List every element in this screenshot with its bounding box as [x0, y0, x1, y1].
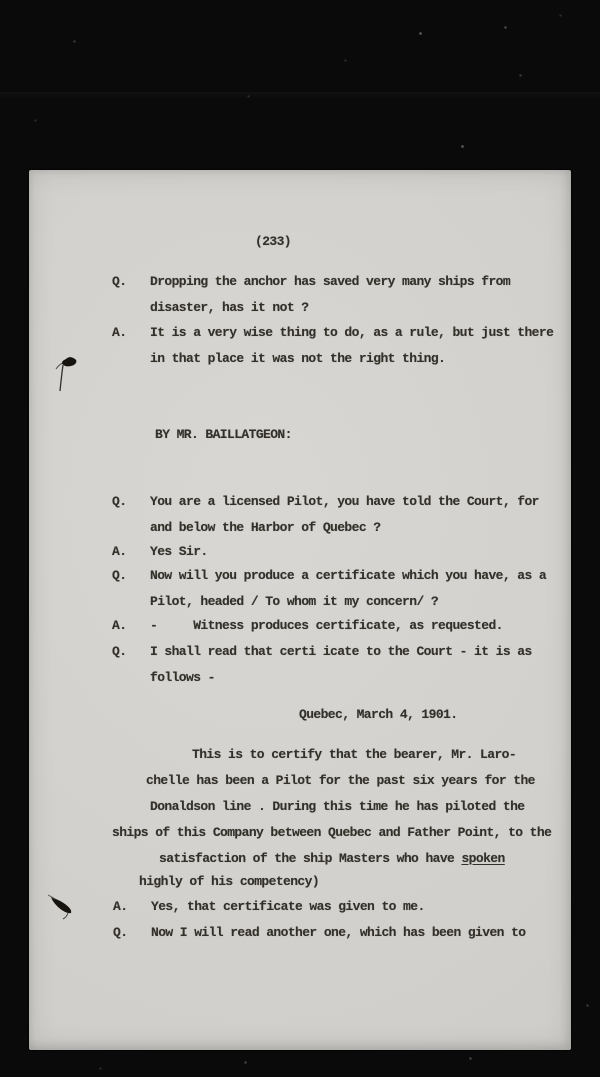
qa-line: I shall read that certi icate to the Cou…: [150, 644, 532, 660]
qa-line: follows -: [150, 670, 215, 686]
photo-backdrop: { "document": { "page_number": "(233)", …: [0, 0, 600, 1077]
ink-blot: [53, 355, 81, 397]
qa-line: It is a very wise thing to do, as a rule…: [150, 325, 553, 341]
qa-line: and below the Harbor of Quebec ?: [150, 520, 380, 536]
qa-line: You are a licensed Pilot, you have told …: [150, 494, 539, 510]
qa-label: Q.: [112, 568, 126, 584]
qa-label: A.: [112, 544, 126, 560]
qa-label: A.: [113, 899, 127, 915]
qa-line: Now will you produce a certificate which…: [150, 568, 546, 584]
examiner-heading: BY MR. BAILLATGEON:: [155, 427, 292, 443]
qa-label: Q.: [112, 644, 126, 660]
qa-line: Now I will read another one, which has b…: [151, 925, 525, 941]
ink-blot: [47, 890, 79, 922]
dust-specks: [0, 0, 1, 1]
film-seam: [0, 92, 600, 100]
certificate-line: chelle has been a Pilot for the past six…: [146, 773, 535, 789]
certificate-line: Donaldson line . During this time he has…: [150, 799, 524, 815]
certificate-line-text: satisfaction of the ship Masters who hav…: [159, 851, 461, 866]
qa-label: Q.: [112, 274, 126, 290]
document-page: (233) Q. Dropping the anchor has saved v…: [29, 170, 571, 1050]
qa-label: Q.: [113, 925, 127, 941]
certificate-line: highly of his competency): [139, 874, 319, 890]
qa-label: Q.: [112, 494, 126, 510]
qa-line: Yes, that certificate was given to me.: [151, 899, 425, 915]
certificate-line: satisfaction of the ship Masters who hav…: [159, 851, 505, 867]
qa-line: - Witness produces certificate, as reque…: [150, 618, 503, 634]
underlined-word: spoken: [461, 851, 504, 866]
page-number: (233): [255, 234, 291, 250]
qa-line: disaster, has it not ?: [150, 300, 308, 316]
certificate-date: Quebec, March 4, 1901.: [299, 707, 457, 723]
qa-line: Dropping the anchor has saved very many …: [150, 274, 510, 290]
qa-line: Pilot, headed / To whom it my concern/ ?: [150, 594, 438, 610]
certificate-line: This is to certify that the bearer, Mr. …: [192, 747, 516, 763]
qa-label: A.: [112, 618, 126, 634]
qa-line: Yes Sir.: [150, 544, 208, 560]
qa-label: A.: [112, 325, 126, 341]
qa-line: in that place it was not the right thing…: [150, 351, 445, 367]
certificate-line: ships of this Company between Quebec and…: [112, 825, 551, 841]
